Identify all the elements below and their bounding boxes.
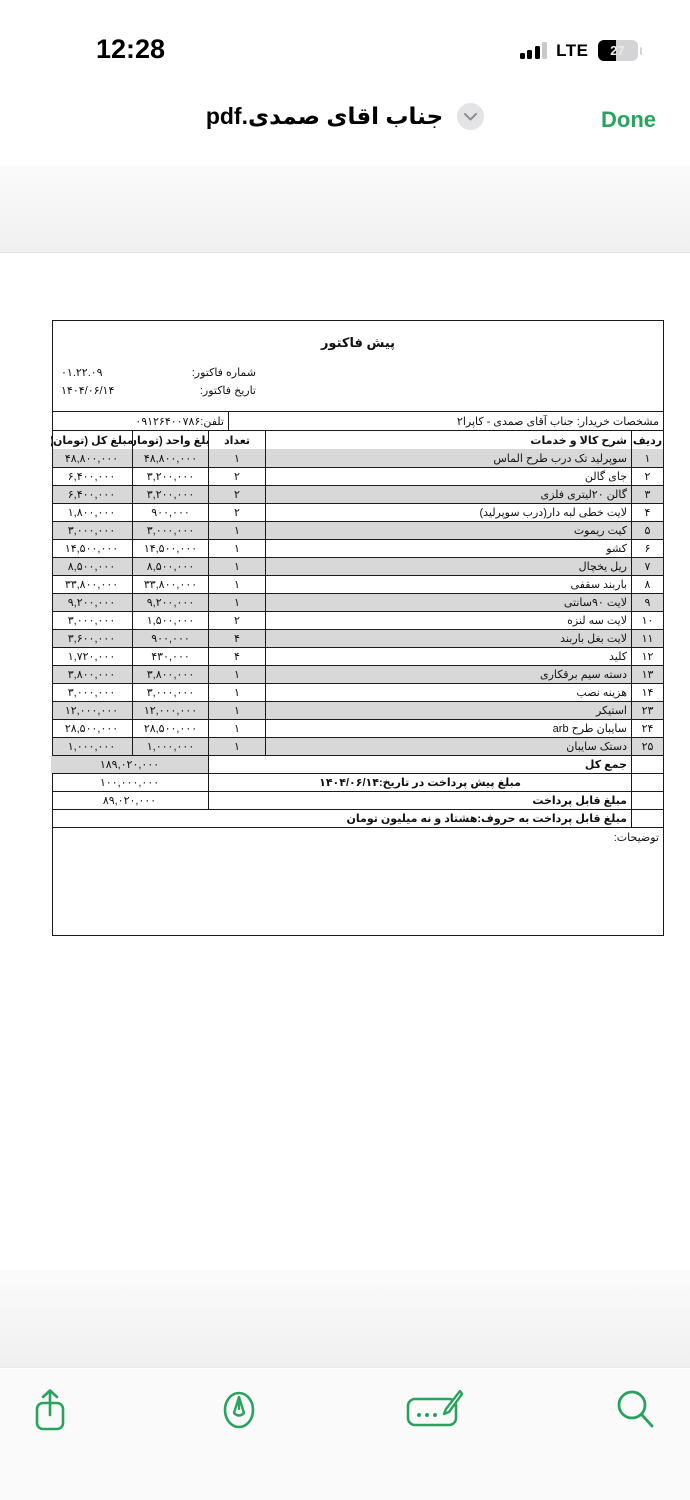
battery-tip <box>640 47 643 55</box>
cell-unit-price: ۴۳۰,۰۰۰ <box>133 648 209 665</box>
battery-percent: 27 <box>598 40 638 61</box>
table-row: ۱۴هزینه نصب۱۳,۰۰۰,۰۰۰۳,۰۰۰,۰۰۰ <box>53 683 663 701</box>
table-header-row: ردیف شرح کالا و خدمات تعداد مبلغ واحد (ت… <box>53 430 663 449</box>
cell-unit-price: ۳,۰۰۰,۰۰۰ <box>133 522 209 539</box>
invoice-number-label: شماره فاکتور: <box>192 366 256 379</box>
pdf-viewer-screen: 12:28 LTE 27 جناب اقای صمدی.pdf Done <box>0 0 690 1500</box>
table-row: ۲۳استیکر۱۱۲,۰۰۰,۰۰۰۱۲,۰۰۰,۰۰۰ <box>53 701 663 719</box>
cell-quantity: ۲ <box>209 486 266 503</box>
col-unit-price: مبلغ واحد (تومان) <box>133 431 209 449</box>
cell-unit-price: ۸,۵۰۰,۰۰۰ <box>133 558 209 575</box>
signature-button[interactable] <box>404 1387 466 1431</box>
prepaid-value: ۱۰۰,۰۰۰,۰۰۰ <box>51 774 209 791</box>
cell-row-number: ۹ <box>632 594 663 611</box>
buyer-phone: تلفن:۰۹۱۲۶۴۰۰۷۸۶ <box>51 412 229 430</box>
status-bar: 12:28 LTE 27 <box>0 0 690 85</box>
cell-unit-price: ۱۴,۵۰۰,۰۰۰ <box>133 540 209 557</box>
scroll-gutter-top <box>0 165 690 253</box>
bottom-toolbar <box>0 1369 690 1500</box>
cell-description: ریل یخچال <box>266 558 632 575</box>
cell-quantity: ۱ <box>209 702 266 719</box>
cell-unit-price: ۳,۸۰۰,۰۰۰ <box>133 666 209 683</box>
buyer-info: مشخصات خریدار: جناب آقای صمدی - کاپرا۲ <box>229 412 663 430</box>
nav-bar: جناب اقای صمدی.pdf Done <box>0 85 690 165</box>
cell-total-price: ۳,۰۰۰,۰۰۰ <box>51 612 133 629</box>
table-row: ۹لایت ۹۰سانتی۱۹,۲۰۰,۰۰۰۹,۲۰۰,۰۰۰ <box>53 593 663 611</box>
cell-quantity: ۱ <box>209 540 266 557</box>
empty-cell <box>632 792 663 809</box>
markup-pen-icon <box>219 1387 259 1433</box>
cell-row-number: ۱۴ <box>632 684 663 701</box>
invoice-title: پیش فاکتور <box>53 335 663 351</box>
cell-quantity: ۱ <box>209 576 266 593</box>
title-menu-button[interactable] <box>457 103 484 130</box>
cell-total-price: ۱۴,۵۰۰,۰۰۰ <box>51 540 133 557</box>
signal-strength-icon <box>520 42 548 59</box>
cell-description: کشو <box>266 540 632 557</box>
cell-row-number: ۵ <box>632 522 663 539</box>
cell-row-number: ۱ <box>632 449 663 467</box>
cell-total-price: ۳۳,۸۰۰,۰۰۰ <box>51 576 133 593</box>
search-icon <box>614 1387 656 1431</box>
cell-row-number: ۱۲ <box>632 648 663 665</box>
col-description: شرح کالا و خدمات <box>266 431 632 449</box>
cell-total-price: ۱,۷۲۰,۰۰۰ <box>51 648 133 665</box>
table-row: ۲جای گالن۲۳,۲۰۰,۰۰۰۶,۴۰۰,۰۰۰ <box>53 467 663 485</box>
payable-words-row: مبلغ قابل پرداخت به حروف:هشتاد و نه میلی… <box>53 809 663 827</box>
cell-row-number: ۲۳ <box>632 702 663 719</box>
prepaid-label: مبلغ پیش پرداخت در تاریخ:۱۴۰۴/۰۶/۱۴ <box>209 774 632 791</box>
cell-row-number: ۲۴ <box>632 720 663 737</box>
cell-quantity: ۴ <box>209 630 266 647</box>
payable-value: ۸۹,۰۲۰,۰۰۰ <box>51 792 209 809</box>
cell-description: لایت بغل باربند <box>266 630 632 647</box>
col-quantity: تعداد <box>209 431 266 449</box>
table-row: ۱۰لایت سه لنزه۲۱,۵۰۰,۰۰۰۳,۰۰۰,۰۰۰ <box>53 611 663 629</box>
cell-description: سوپرلید تک درب طرح الماس <box>266 449 632 467</box>
payable-row: مبلغ قابل پرداخت ۸۹,۰۲۰,۰۰۰ <box>53 791 663 809</box>
cell-description: کلید <box>266 648 632 665</box>
cell-quantity: ۱ <box>209 666 266 683</box>
cell-unit-price: ۳۳,۸۰۰,۰۰۰ <box>133 576 209 593</box>
cell-quantity: ۱ <box>209 594 266 611</box>
cell-total-price: ۳,۶۰۰,۰۰۰ <box>51 630 133 647</box>
invoice-number-value: ۰۱.۲۲.۰۹ <box>61 366 103 379</box>
empty-cell <box>632 810 663 827</box>
cell-row-number: ۱۳ <box>632 666 663 683</box>
cell-unit-price: ۱,۰۰۰,۰۰۰ <box>133 738 209 755</box>
cell-row-number: ۸ <box>632 576 663 593</box>
payable-label: مبلغ قابل پرداخت <box>209 792 632 809</box>
cell-description: کیت ریموت <box>266 522 632 539</box>
cell-total-price: ۱,۰۰۰,۰۰۰ <box>51 738 133 755</box>
signature-icon <box>404 1387 466 1431</box>
cell-quantity: ۱ <box>209 558 266 575</box>
cell-total-price: ۹,۲۰۰,۰۰۰ <box>51 594 133 611</box>
cell-description: لایت سه لنزه <box>266 612 632 629</box>
invoice-date-label: تاریخ فاکتور: <box>200 384 256 397</box>
grand-total-row: جمع کل ۱۸۹,۰۲۰,۰۰۰ <box>53 755 663 773</box>
cell-unit-price: ۱,۵۰۰,۰۰۰ <box>133 612 209 629</box>
invoice-table: پیش فاکتور شماره فاکتور: ۰۱.۲۲.۰۹ تاریخ … <box>52 320 664 936</box>
cell-description: استیکر <box>266 702 632 719</box>
table-row: ۸باربند سقفی۱۳۳,۸۰۰,۰۰۰۳۳,۸۰۰,۰۰۰ <box>53 575 663 593</box>
cell-description: سایبان طرح arb <box>266 720 632 737</box>
cell-unit-price: ۳,۲۰۰,۰۰۰ <box>133 468 209 485</box>
table-row: ۶کشو۱۱۴,۵۰۰,۰۰۰۱۴,۵۰۰,۰۰۰ <box>53 539 663 557</box>
table-row: ۷ریل یخچال۱۸,۵۰۰,۰۰۰۸,۵۰۰,۰۰۰ <box>53 557 663 575</box>
cell-quantity: ۱ <box>209 449 266 467</box>
table-row: ۳گالن ۲۰لیتری فلزی۲۳,۲۰۰,۰۰۰۶,۴۰۰,۰۰۰ <box>53 485 663 503</box>
table-row: ۱سوپرلید تک درب طرح الماس۱۴۸,۸۰۰,۰۰۰۴۸,۸… <box>53 449 663 467</box>
grand-total-value: ۱۸۹,۰۲۰,۰۰۰ <box>51 756 209 773</box>
status-indicators: LTE 27 <box>520 40 642 61</box>
empty-cell <box>632 774 663 791</box>
cell-description: دستک سایبان <box>266 738 632 755</box>
cell-quantity: ۲ <box>209 612 266 629</box>
cell-quantity: ۱ <box>209 738 266 755</box>
cell-unit-price: ۳,۲۰۰,۰۰۰ <box>133 486 209 503</box>
col-total-price: مبلغ کل (تومان) <box>51 431 133 449</box>
empty-cell <box>632 756 663 773</box>
table-row: ۵کیت ریموت۱۳,۰۰۰,۰۰۰۳,۰۰۰,۰۰۰ <box>53 521 663 539</box>
cell-quantity: ۱ <box>209 684 266 701</box>
search-button[interactable] <box>614 1387 656 1431</box>
table-row: ۱۲کلید۴۴۳۰,۰۰۰۱,۷۲۰,۰۰۰ <box>53 647 663 665</box>
cell-total-price: ۳,۰۰۰,۰۰۰ <box>51 684 133 701</box>
cell-row-number: ۲ <box>632 468 663 485</box>
network-type-label: LTE <box>556 41 588 61</box>
notes-row: توضیحات: <box>53 827 663 935</box>
pdf-page[interactable]: پیش فاکتور شماره فاکتور: ۰۱.۲۲.۰۹ تاریخ … <box>0 253 690 1270</box>
cell-total-price: ۲۸,۵۰۰,۰۰۰ <box>51 720 133 737</box>
document-title: جناب اقای صمدی.pdf <box>206 103 443 130</box>
cell-quantity: ۴ <box>209 648 266 665</box>
cell-row-number: ۷ <box>632 558 663 575</box>
cell-description: دسته سیم برقکاری <box>266 666 632 683</box>
cell-total-price: ۴۸,۸۰۰,۰۰۰ <box>51 449 133 467</box>
col-row-number: ردیف <box>632 431 663 449</box>
invoice-date-value: ۱۴۰۴/۰۶/۱۴ <box>61 384 114 397</box>
cell-unit-price: ۴۸,۸۰۰,۰۰۰ <box>133 449 209 467</box>
notes-label: توضیحات: <box>51 828 663 847</box>
cell-unit-price: ۹,۲۰۰,۰۰۰ <box>133 594 209 611</box>
cell-total-price: ۸,۵۰۰,۰۰۰ <box>51 558 133 575</box>
done-button[interactable]: Done <box>601 107 656 133</box>
cell-total-price: ۳,۸۰۰,۰۰۰ <box>51 666 133 683</box>
buyer-row: مشخصات خریدار: جناب آقای صمدی - کاپرا۲ ت… <box>53 411 663 430</box>
cell-total-price: ۱۲,۰۰۰,۰۰۰ <box>51 702 133 719</box>
cell-unit-price: ۹۰۰,۰۰۰ <box>133 630 209 647</box>
cell-description: لایت ۹۰سانتی <box>266 594 632 611</box>
cell-unit-price: ۹۰۰,۰۰۰ <box>133 504 209 521</box>
cell-quantity: ۱ <box>209 720 266 737</box>
cell-total-price: ۱,۸۰۰,۰۰۰ <box>51 504 133 521</box>
chevron-down-icon <box>464 113 477 121</box>
cell-row-number: ۲۵ <box>632 738 663 755</box>
clock: 12:28 <box>96 34 165 65</box>
grand-total-label: جمع کل <box>209 756 632 773</box>
share-icon <box>30 1387 70 1435</box>
cell-row-number: ۶ <box>632 540 663 557</box>
cell-total-price: ۶,۴۰۰,۰۰۰ <box>51 468 133 485</box>
markup-button[interactable] <box>219 1387 259 1433</box>
invoice-header: پیش فاکتور شماره فاکتور: ۰۱.۲۲.۰۹ تاریخ … <box>53 321 663 411</box>
document-title-group: جناب اقای صمدی.pdf <box>0 103 690 130</box>
battery-icon: 27 <box>598 40 638 61</box>
cell-unit-price: ۱۲,۰۰۰,۰۰۰ <box>133 702 209 719</box>
cell-description: گالن ۲۰لیتری فلزی <box>266 486 632 503</box>
table-row: ۲۴سایبان طرح arb۱۲۸,۵۰۰,۰۰۰۲۸,۵۰۰,۰۰۰ <box>53 719 663 737</box>
cell-description: باربند سقفی <box>266 576 632 593</box>
cell-row-number: ۱۱ <box>632 630 663 647</box>
cell-quantity: ۲ <box>209 468 266 485</box>
cell-quantity: ۲ <box>209 504 266 521</box>
table-row: ۴لایت خطی لبه دار(درب سوپرلید)۲۹۰۰,۰۰۰۱,… <box>53 503 663 521</box>
cell-description: هزینه نصب <box>266 684 632 701</box>
cell-row-number: ۴ <box>632 504 663 521</box>
cell-row-number: ۳ <box>632 486 663 503</box>
cell-unit-price: ۳,۰۰۰,۰۰۰ <box>133 684 209 701</box>
cell-row-number: ۱۰ <box>632 612 663 629</box>
cell-quantity: ۱ <box>209 522 266 539</box>
table-row: ۱۱لایت بغل باربند۴۹۰۰,۰۰۰۳,۶۰۰,۰۰۰ <box>53 629 663 647</box>
table-row: ۱۳دسته سیم برقکاری۱۳,۸۰۰,۰۰۰۳,۸۰۰,۰۰۰ <box>53 665 663 683</box>
cell-unit-price: ۲۸,۵۰۰,۰۰۰ <box>133 720 209 737</box>
invoice-meta: شماره فاکتور: ۰۱.۲۲.۰۹ تاریخ فاکتور: ۱۴۰… <box>61 363 256 399</box>
scroll-gutter-bottom <box>0 1270 690 1368</box>
payable-words: مبلغ قابل پرداخت به حروف:هشتاد و نه میلی… <box>51 810 632 827</box>
cell-total-price: ۳,۰۰۰,۰۰۰ <box>51 522 133 539</box>
table-row: ۲۵دستک سایبان۱۱,۰۰۰,۰۰۰۱,۰۰۰,۰۰۰ <box>53 737 663 755</box>
cell-description: لایت خطی لبه دار(درب سوپرلید) <box>266 504 632 521</box>
cell-total-price: ۶,۴۰۰,۰۰۰ <box>51 486 133 503</box>
prepaid-row: مبلغ پیش پرداخت در تاریخ:۱۴۰۴/۰۶/۱۴ ۱۰۰,… <box>53 773 663 791</box>
cell-description: جای گالن <box>266 468 632 485</box>
share-button[interactable] <box>30 1387 70 1435</box>
